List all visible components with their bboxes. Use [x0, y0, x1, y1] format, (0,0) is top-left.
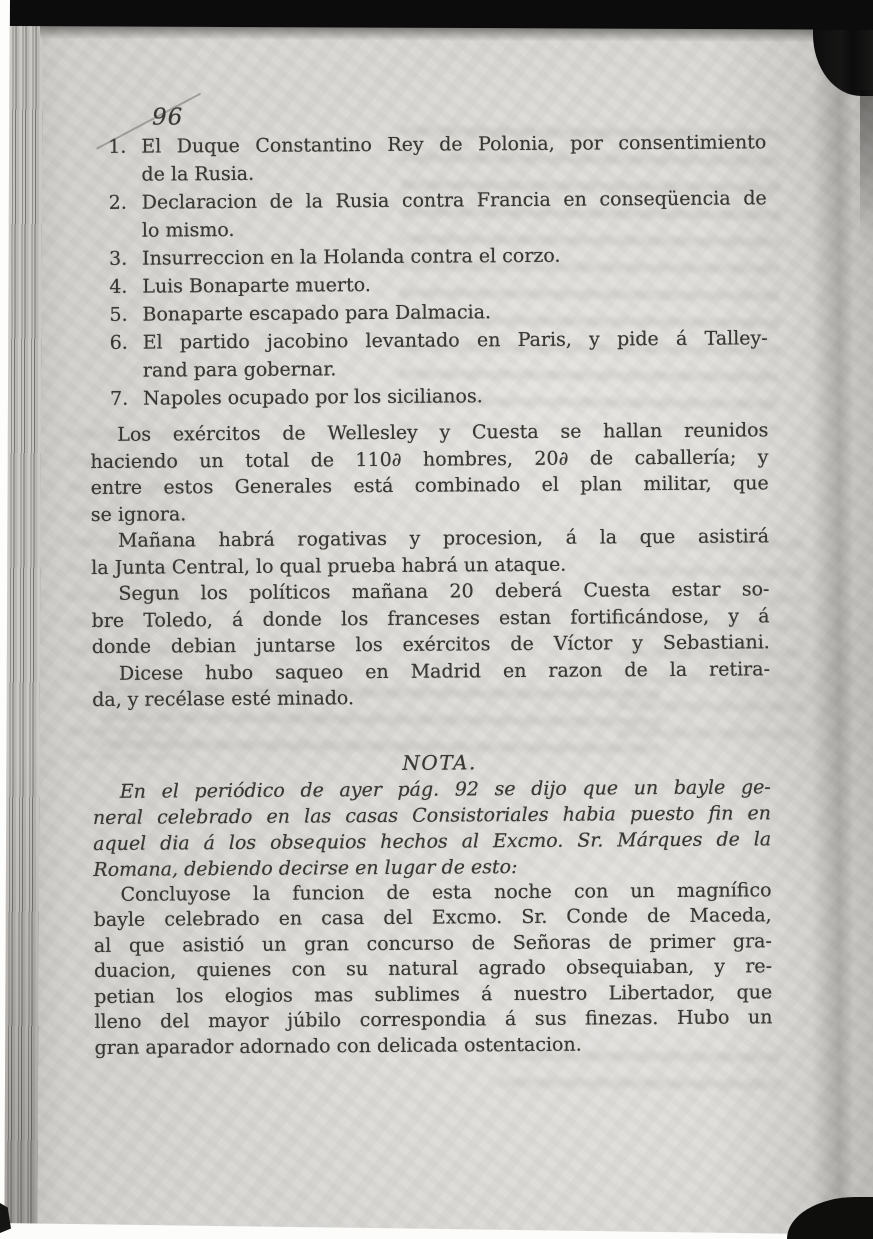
list-item-number: 2.: [109, 189, 127, 217]
scan-black-band-top: [10, 0, 873, 30]
book-page-scan: 96 1. El Duque Constantino Rey de Poloni…: [0, 0, 873, 1239]
paragraph: Segun los políticos mañana 20 deberá Cue…: [91, 576, 770, 660]
text-line: rand para gobernar.: [143, 352, 768, 384]
page-stack-edge: [4, 26, 42, 1224]
text-line: lleno del mayor júbilo correspondia á su…: [94, 1005, 772, 1035]
text-line: El Duque Constantino Rey de Polonia, por…: [141, 128, 766, 160]
page-number: 96: [88, 98, 766, 133]
text-line: Mañana habrá rogativas y procesion, á la…: [91, 523, 769, 554]
text-line: neral celebrado en las casas Consistoria…: [93, 800, 771, 831]
text-line: Bonaparte escapado para Dalmacia.: [142, 296, 767, 328]
text-line: donde debian juntarse los exércitos de V…: [92, 629, 770, 660]
closing-paragraph: Concluyose la funcion de esta noche con …: [93, 878, 772, 1061]
list-item: 2. Declaracion de la Rusia contra Franci…: [109, 184, 767, 245]
text-line: Napoles ocupado por los sicilianos.: [143, 380, 768, 412]
list-item: 1. El Duque Constantino Rey de Polonia, …: [108, 128, 766, 189]
text-line: Luis Bonaparte muerto.: [142, 268, 767, 300]
news-list: 1. El Duque Constantino Rey de Polonia, …: [108, 128, 768, 413]
text-line: gran aparador adornado con delicada oste…: [95, 1031, 773, 1061]
text-block: 96 1. El Duque Constantino Rey de Poloni…: [88, 98, 773, 1061]
list-item-number: 7.: [110, 385, 128, 413]
list-item-number: 1.: [108, 133, 126, 161]
list-item-number: 6.: [110, 329, 128, 357]
nota-paragraph: En el periódico de ayer pág. 92 se dijo …: [93, 774, 772, 883]
list-item-number: 3.: [109, 245, 127, 273]
text-line: Dicese hubo saqueo en Madrid en razon de…: [92, 656, 770, 687]
text-line: Insurreccion en la Holanda contra el cor…: [142, 240, 767, 272]
text-line: de la Rusia.: [141, 156, 766, 188]
body-paragraphs: Los exércitos de Wellesley y Cuesta se h…: [90, 417, 770, 713]
list-item: 7. Napoles ocupado por los sicilianos.: [110, 380, 768, 413]
paragraph: Los exércitos de Wellesley y Cuesta se h…: [90, 417, 769, 528]
book-gutter-shadow: [812, 30, 873, 1220]
nota-heading: NOTA.: [101, 747, 779, 779]
list-item-number: 5.: [109, 301, 127, 329]
text-line: lo mismo.: [142, 212, 767, 244]
paragraph: Dicese hubo saqueo en Madrid en razon de…: [92, 656, 770, 714]
text-line: En el periódico de ayer pág. 92 se dijo …: [93, 774, 771, 805]
text-line: entre estos Generales está combinado el …: [91, 470, 769, 501]
text-line: da, y recélase esté minado.: [92, 682, 770, 713]
text-line: Declaracion de la Rusia contra Francia e…: [142, 184, 767, 216]
paragraph: Mañana habrá rogativas y procesion, á la…: [91, 523, 769, 581]
list-item-number: 4.: [109, 273, 127, 301]
text-line: El partido jacobino levantado en Paris, …: [143, 324, 768, 356]
text-line: Los exércitos de Wellesley y Cuesta se h…: [90, 417, 768, 448]
list-item: 6. El partido jacobino levantado en Pari…: [110, 324, 768, 385]
text-line: aquel dia á los obsequios hechos al Excm…: [93, 826, 771, 857]
text-line: Segun los políticos mañana 20 deberá Cue…: [91, 576, 769, 607]
